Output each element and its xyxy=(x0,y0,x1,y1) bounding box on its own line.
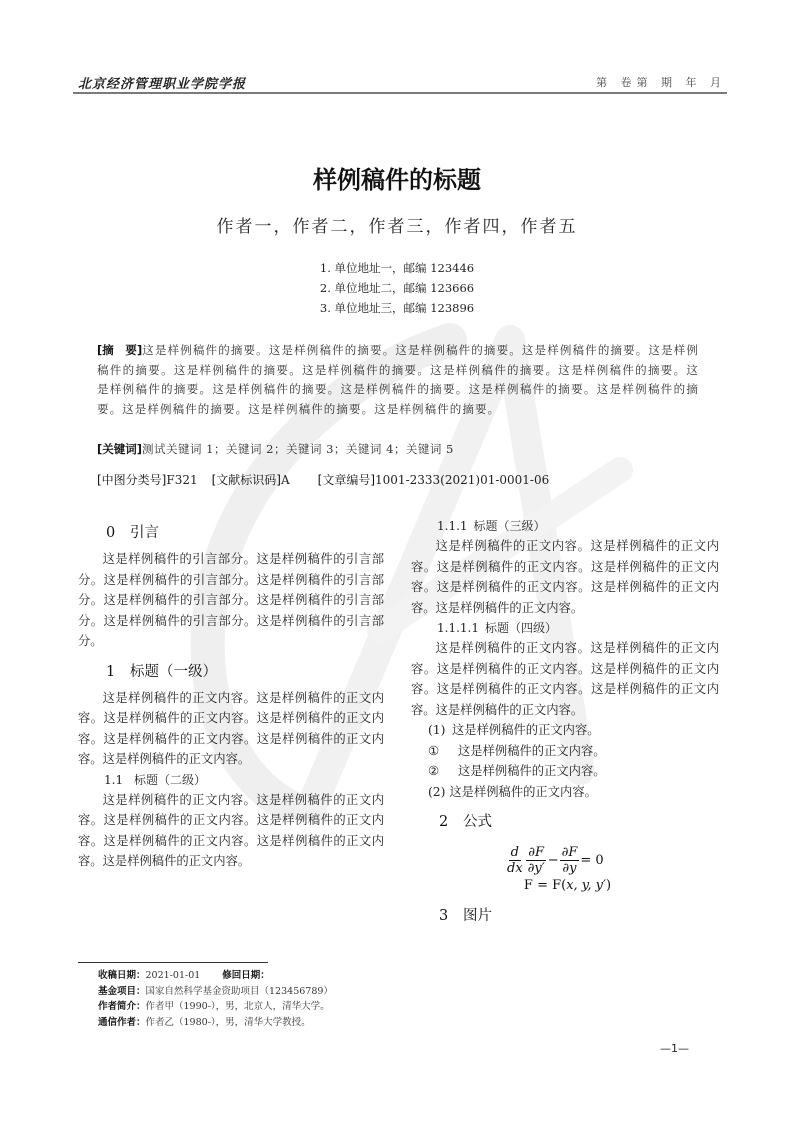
received-value: 2021-01-01 xyxy=(146,970,201,981)
footnotes: 收稿日期：2021-01-01修回日期： 基金项目：国家自然科学基金资助项目（1… xyxy=(98,968,333,1030)
formula-block: ddx ∂F∂y′ − ∂F∂y = 0 F = F(x, y, y′) xyxy=(505,845,645,893)
journal-name: 北京经济管理职业学院学报 xyxy=(78,73,246,92)
fraction: ∂F∂y′ xyxy=(526,845,547,876)
section-title: 图片 xyxy=(463,908,492,924)
numerator: ∂F xyxy=(560,845,580,861)
list-text: 这是样例稿件的正文内容。 xyxy=(452,723,600,737)
list-text: 这是样例稿件的正文内容。 xyxy=(458,764,606,778)
section-title: 标题（二级） xyxy=(134,773,206,787)
denominator: ∂y xyxy=(560,861,578,876)
article-no-label: [文章编号] xyxy=(318,473,375,487)
section-title: 标题（一级） xyxy=(130,664,217,680)
section-heading-3: 3图片 xyxy=(411,900,719,932)
body-paragraph: 这是样例稿件的正文内容。这是样例稿件的正文内容。这是样例稿件的正文内容。这是样例… xyxy=(78,688,384,770)
list-marker: ① xyxy=(428,741,458,762)
doc-code-label: [文献标识码] xyxy=(212,473,281,487)
function-definition: F = F(x, y, y′) xyxy=(505,878,630,893)
section-number: 3 xyxy=(439,900,463,932)
list-marker: (2) xyxy=(428,785,445,799)
formula-lhs: F = F( xyxy=(524,878,566,893)
section-heading-1-1-1-1: 1.1.1.1标题（四级） xyxy=(411,618,719,638)
corresponding-value: 作者乙（1980-），男，清华大学教授。 xyxy=(146,1017,311,1028)
affiliation-3: 3. 单位地址三，邮编 123896 xyxy=(0,298,794,318)
list-item: (2) 这是样例稿件的正文内容。 xyxy=(411,782,719,803)
section-heading-2: 2公式 xyxy=(411,806,719,838)
section-title: 标题（四级） xyxy=(485,621,557,635)
abstract-label: [摘 要] xyxy=(97,343,142,357)
numerator: ∂F xyxy=(526,845,546,861)
classification-info: [中图分类号]F321[文献标识码]A[文章编号]1001-2333(2021)… xyxy=(97,471,549,488)
revised-label: 修回日期： xyxy=(222,970,270,981)
euler-lagrange-equation: ddx ∂F∂y′ − ∂F∂y = 0 xyxy=(505,845,645,876)
fund-value: 国家自然科学基金资助项目（123456789） xyxy=(146,986,333,997)
list-marker: ② xyxy=(428,761,458,782)
abstract: [摘 要]这是样例稿件的摘要。这是样例稿件的摘要。这是样例稿件的摘要。这是样例稿… xyxy=(97,341,699,419)
footnote-dates: 收稿日期：2021-01-01修回日期： xyxy=(98,968,333,984)
list-marker: (1) xyxy=(428,720,452,741)
section-number: 1.1.1.1 xyxy=(437,621,479,635)
section-heading-1: 1标题（一级） xyxy=(78,656,384,688)
list-item: ②这是样例稿件的正文内容。 xyxy=(411,761,719,782)
footnote-rule xyxy=(78,962,268,963)
list-item: (1)这是样例稿件的正文内容。 xyxy=(411,720,719,741)
header-rule xyxy=(73,92,727,94)
section-number: 1.1 xyxy=(104,770,134,790)
body-paragraph: 这是样例稿件的正文内容。这是样例稿件的正文内容。这是样例稿件的正文内容。这是样例… xyxy=(411,536,719,618)
affiliation-1: 1. 单位地址一，邮编 123446 xyxy=(0,258,794,278)
keywords-text: 测试关键词 1；关键词 2；关键词 3；关键词 4；关键词 5 xyxy=(142,442,454,456)
list-text: 这是样例稿件的正文内容。 xyxy=(449,785,597,799)
list-item: ①这是样例稿件的正文内容。 xyxy=(411,741,719,762)
section-number: 1 xyxy=(106,656,130,688)
fund-label: 基金项目： xyxy=(98,986,146,997)
left-column: 0引言 这是样例稿件的引言部分。这是样例稿件的引言部分。这是样例稿件的引言部分。… xyxy=(78,517,384,872)
section-title: 标题（三级） xyxy=(474,519,546,533)
list-text: 这是样例稿件的正文内容。 xyxy=(458,744,606,758)
body-paragraph: 这是样例稿件的正文内容。这是样例稿件的正文内容。这是样例稿件的正文内容。这是样例… xyxy=(78,790,384,872)
footnote-corresponding: 通信作者：作者乙（1980-），男，清华大学教授。 xyxy=(98,1015,333,1031)
footnote-bio: 作者简介：作者甲（1990-），男，北京人，清华大学。 xyxy=(98,999,333,1015)
section-number: 0 xyxy=(106,517,130,549)
equals-zero: = 0 xyxy=(580,853,603,868)
section-number: 1.1.1 xyxy=(437,519,468,533)
article-title: 样例稿件的标题 xyxy=(0,160,794,195)
issue-info: 第 卷第 期 年 月 xyxy=(596,74,726,90)
article-authors: 作者一，作者二，作者三，作者四，作者五 xyxy=(0,212,794,237)
numerator: d xyxy=(509,845,521,861)
keywords: [关键词]测试关键词 1；关键词 2；关键词 3；关键词 4；关键词 5 xyxy=(97,441,454,457)
section-number: 2 xyxy=(439,806,463,838)
doc-code-value: A xyxy=(281,473,290,487)
keywords-label: [关键词] xyxy=(97,442,142,456)
received-label: 收稿日期： xyxy=(98,970,146,981)
minus-sign: − xyxy=(548,853,559,868)
formula-args: x, y, y′ xyxy=(566,878,606,893)
bio-value: 作者甲（1990-），男，北京人，清华大学。 xyxy=(146,1001,330,1012)
page-number: —1— xyxy=(660,1042,689,1055)
abstract-text: 这是样例稿件的摘要。这是样例稿件的摘要。这是样例稿件的摘要。这是样例稿件的摘要。… xyxy=(97,343,699,416)
fraction: ddx xyxy=(505,845,525,876)
body-paragraph: 这是样例稿件的正文内容。这是样例稿件的正文内容。这是样例稿件的正文内容。这是样例… xyxy=(411,638,719,720)
section-heading-1-1-1: 1.1.1标题（三级） xyxy=(411,516,719,536)
article-no-value: 1001-2333(2021)01-0001-06 xyxy=(375,473,549,487)
affiliations: 1. 单位地址一，邮编 123446 2. 单位地址二，邮编 123666 3.… xyxy=(0,258,794,318)
formula-close: ) xyxy=(606,878,611,893)
section-heading-0: 0引言 xyxy=(78,517,384,549)
affiliation-2: 2. 单位地址二，邮编 123666 xyxy=(0,278,794,298)
clc-label: [中图分类号] xyxy=(97,473,166,487)
section-title: 公式 xyxy=(463,814,492,830)
section-title: 引言 xyxy=(130,525,159,541)
section-heading-1-1: 1.1标题（二级） xyxy=(78,770,384,790)
intro-paragraph: 这是样例稿件的引言部分。这是样例稿件的引言部分。这是样例稿件的引言部分。这是样例… xyxy=(78,549,384,652)
clc-value: F321 xyxy=(166,473,197,487)
denominator: dx xyxy=(505,861,525,876)
fraction: ∂F∂y xyxy=(560,845,580,876)
denominator: ∂y′ xyxy=(526,861,547,876)
footnote-fund: 基金项目：国家自然科学基金资助项目（123456789） xyxy=(98,984,333,1000)
corresponding-label: 通信作者： xyxy=(98,1017,146,1028)
bio-label: 作者简介： xyxy=(98,1001,146,1012)
